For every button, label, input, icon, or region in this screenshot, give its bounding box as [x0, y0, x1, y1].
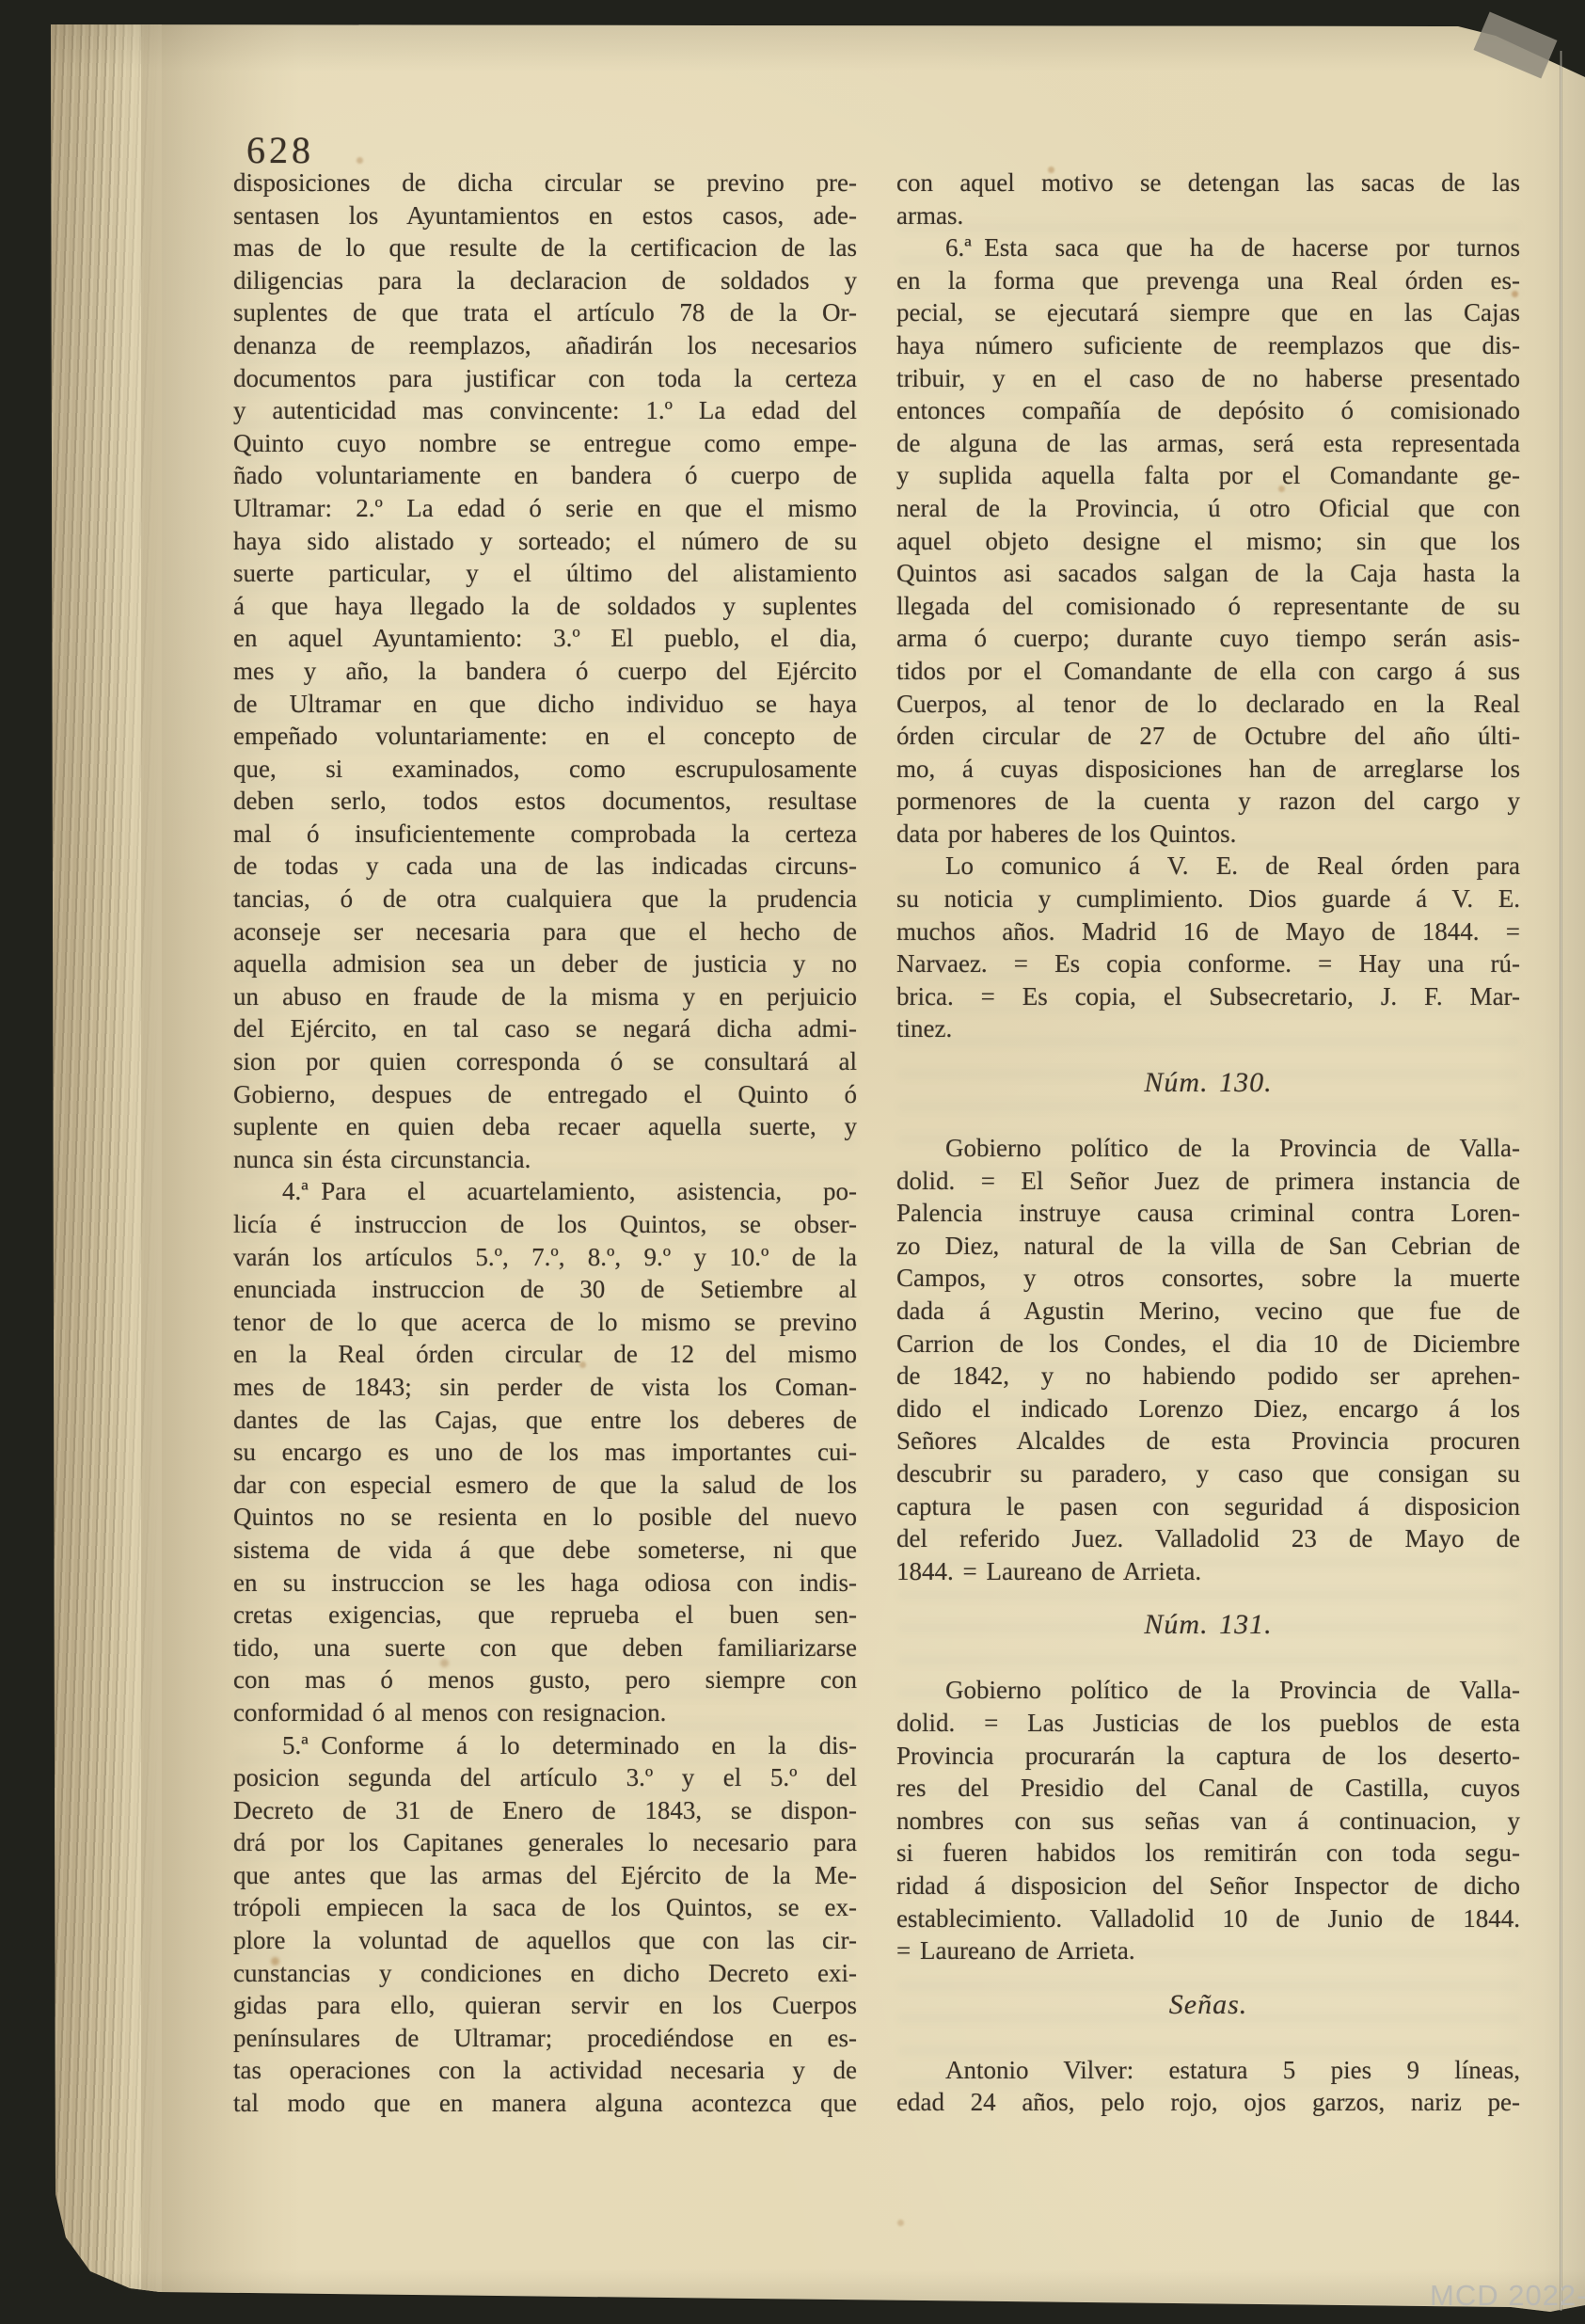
text-line: cunstancias y condiciones en dicho Decre… [233, 1957, 857, 1990]
text-line: Ultramar: 2.º La edad ó serie en que el … [233, 492, 857, 525]
text-line: empeñado voluntariamente: en el concepto… [233, 720, 857, 753]
text-line: res del Presidio del Canal de Castilla, … [896, 1772, 1520, 1805]
archive-watermark: MCD 2022-L5 [1430, 2279, 1585, 2313]
text-line: mes y año, la bandera ó cuerpo del Ejérc… [233, 655, 857, 688]
text-line: Quintos asi sacados salgan de la Caja ha… [896, 557, 1520, 590]
text-line: Cuerpos, al tenor de lo declarado en la … [896, 688, 1520, 721]
text-line: de 1842, y no habiendo podido ser aprehe… [896, 1360, 1520, 1393]
text-line: deben serlo, todos estos documentos, res… [233, 785, 857, 818]
text-line: 5.ª Conforme á lo determinado en la dis- [233, 1729, 857, 1762]
text-line: haya sido alistado y sorteado; el número… [233, 525, 857, 558]
text-line: denanza de reemplazos, añadirán los nece… [233, 329, 857, 362]
text-line: tido, una suerte con que deben familiari… [233, 1632, 857, 1664]
text-line: Lo comunico á V. E. de Real órden para [896, 850, 1520, 883]
text-line: con mas ó menos gusto, pero siempre con [233, 1663, 857, 1696]
text-line: de todas y cada una de las indicadas cir… [233, 850, 857, 883]
text-line: tas operaciones con la actividad necesar… [233, 2054, 857, 2087]
text-line: Señores Alcaldes de esta Provincia procu… [896, 1425, 1520, 1457]
text-line: conformidad ó al menos con resignacion. [233, 1696, 857, 1729]
text-line: tenor de lo que acerca de lo mismo se pr… [233, 1306, 857, 1339]
text-line: en su instruccion se les haga odiosa con… [233, 1567, 857, 1600]
text-line: Gobierno, despues de entregado el Quinto… [233, 1078, 857, 1111]
text-line: ñado voluntariamente en bandera ó cuerpo… [233, 459, 857, 492]
text-line: aconseje ser necesaria para que el hecho… [233, 915, 857, 948]
text-line: disposiciones de dicha circular se previ… [233, 167, 857, 199]
text-line: tinez. [896, 1012, 1520, 1045]
left-text-column: disposiciones de dicha circular se previ… [233, 167, 857, 2120]
section-heading: Señas. [896, 1988, 1520, 2022]
text-line: entonces compañía de depósito ó comision… [896, 394, 1520, 427]
bottom-edge-shadow [47, 2269, 1585, 2316]
text-line: drá por los Capitanes generales lo neces… [233, 1826, 857, 1859]
text-line: Provincia procurarán la captura de los d… [896, 1740, 1520, 1773]
text-line: y autenticidad mas convincente: 1.º La e… [233, 394, 857, 427]
text-line: de Ultramar en que dicho individuo se ha… [233, 688, 857, 721]
scanned-document: { "document": { "page_number": "628", "l… [0, 0, 1585, 2324]
text-line: dada á Agustin Merino, vecino que fue de [896, 1295, 1520, 1328]
text-line: mo, á cuyas disposiciones han de arregla… [896, 753, 1520, 786]
text-line: dido el indicado Lorenzo Diez, encargo á… [896, 1393, 1520, 1425]
text-line: Antonio Vilver: estatura 5 pies 9 líneas… [896, 2054, 1520, 2087]
text-line: pecial, se ejecutará siempre que en las … [896, 296, 1520, 329]
text-line: del Ejército, en tal caso se negará dich… [233, 1012, 857, 1045]
text-line: descubrir su paradero, y caso que consig… [896, 1457, 1520, 1490]
text-line: aquel objeto designe el mismo; sin que l… [896, 525, 1520, 558]
book-page: 628 disposiciones de dicha circular se p… [47, 15, 1585, 2316]
top-edge-shadow [47, 15, 1585, 72]
text-line: órden circular de 27 de Octubre del año … [896, 720, 1520, 753]
text-line: cretas exigencias, que reprueba el buen … [233, 1599, 857, 1632]
text-line: arma ó cuerpo; durante cuyo tiempo serán… [896, 622, 1520, 655]
text-line: nombres con sus señas van á continuacion… [896, 1805, 1520, 1838]
text-line: zo Diez, natural de la villa de San Cebr… [896, 1230, 1520, 1263]
text-line: 6.ª Esta saca que ha de hacerse por turn… [896, 231, 1520, 264]
text-line: dantes de las Cajas, que entre los deber… [233, 1404, 857, 1437]
text-line: penínsulares de Ultramar; procediéndose … [233, 2022, 857, 2055]
text-line: 1844. = Laureano de Arrieta. [896, 1555, 1520, 1588]
text-line: Carrion de los Condes, el dia 10 de Dici… [896, 1328, 1520, 1361]
text-line: data por haberes de los Quintos. [896, 818, 1520, 851]
text-line: plore la voluntad de aquellos que con la… [233, 1924, 857, 1957]
text-line: Gobierno político de la Provincia de Val… [896, 1674, 1520, 1707]
text-line: mal ó insuficientemente comprobada la ce… [233, 818, 857, 851]
text-line: edad 24 años, pelo rojo, ojos garzos, na… [896, 2086, 1520, 2119]
foxing-spots [47, 15, 52, 20]
text-line: un abuso en fraude de la misma y en perj… [233, 980, 857, 1013]
text-line: suplentes de que trata el artículo 78 de… [233, 296, 857, 329]
text-line: en la Real órden circular de 12 del mism… [233, 1338, 857, 1371]
text-line: pormenores de la cuenta y razon del carg… [896, 785, 1520, 818]
text-line: si fueren habidos los remitirán con toda… [896, 1837, 1520, 1870]
page-number: 628 [246, 128, 314, 172]
right-text-column: con aquel motivo se detengan las sacas d… [896, 167, 1520, 2119]
text-line: que antes que las armas del Ejército de … [233, 1859, 857, 1892]
section-heading: Núm. 131. [896, 1608, 1520, 1642]
text-line: y suplida aquella falta por el Comandant… [896, 459, 1520, 492]
text-line: tancias, ó de otra cualquiera que la pru… [233, 883, 857, 915]
text-line: del referido Juez. Valladolid 23 de Mayo… [896, 1522, 1520, 1555]
text-line: dolid. = El Señor Juez de primera instan… [896, 1165, 1520, 1198]
text-line: á que haya llegado la de soldados y supl… [233, 590, 857, 623]
text-line: armas. [896, 199, 1520, 232]
text-line: = Laureano de Arrieta. [896, 1934, 1520, 1967]
text-line: Palencia instruye causa criminal contra … [896, 1197, 1520, 1230]
text-line: dar con especial esmero de que la salud … [233, 1469, 857, 1502]
text-line: diligencias para la declaracion de solda… [233, 264, 857, 297]
text-line: aquella admision sea un deber de justici… [233, 947, 857, 980]
text-line: Quinto cuyo nombre se entregue como empe… [233, 427, 857, 460]
text-line: haya número suficiente de reemplazos que… [896, 329, 1520, 362]
text-line: 4.ª Para el acuartelamiento, asistencia,… [233, 1175, 857, 1208]
text-line: captura le pasen con seguridad á disposi… [896, 1490, 1520, 1523]
text-line: Campos, y otros consortes, sobre la muer… [896, 1262, 1520, 1295]
text-line: de alguna de las armas, será esta repres… [896, 427, 1520, 460]
text-line: Quintos no se resienta en lo posible del… [233, 1501, 857, 1534]
facing-page-edge-line [1560, 51, 1562, 2311]
text-line: ridad á disposicion del Señor Inspector … [896, 1870, 1520, 1902]
text-line: suerte particular, y el último del alist… [233, 557, 857, 590]
text-line: sion por quien corresponda ó se consulta… [233, 1045, 857, 1078]
text-line: con aquel motivo se detengan las sacas d… [896, 167, 1520, 199]
text-line: neral de la Provincia, ú otro Oficial qu… [896, 492, 1520, 525]
text-line: en aquel Ayuntamiento: 3.º El pueblo, el… [233, 622, 857, 655]
text-line: enunciada instruccion de 30 de Setiembre… [233, 1273, 857, 1306]
text-line: suplente en quien deba recaer aquella su… [233, 1110, 857, 1143]
text-line: dolid. = Las Justicias de los pueblos de… [896, 1707, 1520, 1740]
text-line: su noticia y cumplimiento. Dios guarde á… [896, 883, 1520, 915]
text-line: muchos años. Madrid 16 de Mayo de 1844. … [896, 915, 1520, 948]
text-line: tribuir, y en el caso de no haberse pres… [896, 362, 1520, 395]
text-line: Narvaez. = Es copia conforme. = Hay una … [896, 947, 1520, 980]
text-line: posicion segunda del artículo 3.º y el 5… [233, 1761, 857, 1794]
text-line: Gobierno político de la Provincia de Val… [896, 1132, 1520, 1165]
text-line: mas de lo que resulte de la certificacio… [233, 231, 857, 264]
text-line: gidas para ello, quieran servir en los C… [233, 1989, 857, 2022]
text-line: sentasen los Ayuntamientos en estos caso… [233, 199, 857, 232]
text-line: licía é instruccion de los Quintos, se o… [233, 1208, 857, 1241]
text-line: llegada del comisionado ó representante … [896, 590, 1520, 623]
text-line: su encargo es uno de los mas importantes… [233, 1436, 857, 1469]
text-line: establecimiento. Valladolid 10 de Junio … [896, 1902, 1520, 1935]
text-line: brica. = Es copia, el Subsecretario, J. … [896, 980, 1520, 1013]
text-line: mes de 1843; sin perder de vista los Com… [233, 1371, 857, 1404]
text-line: documentos para justificar con toda la c… [233, 362, 857, 395]
text-line: nunca sin ésta circunstancia. [233, 1143, 857, 1176]
text-line: tidos por el Comandante de ella con carg… [896, 655, 1520, 688]
text-line: trópoli empiecen la saca de los Quintos,… [233, 1891, 857, 1924]
text-line: varán los artículos 5.º, 7.º, 8.º, 9.º y… [233, 1241, 857, 1274]
text-line: tal modo que en manera alguna acontezca … [233, 2087, 857, 2120]
text-line: en la forma que prevenga una Real órden … [896, 264, 1520, 297]
text-line: que, si examinados, como escrupulosament… [233, 753, 857, 786]
text-line: Decreto de 31 de Enero de 1843, se dispo… [233, 1794, 857, 1827]
section-heading: Núm. 130. [896, 1066, 1520, 1100]
text-line: sistema de vida á que debe someterse, ni… [233, 1534, 857, 1567]
